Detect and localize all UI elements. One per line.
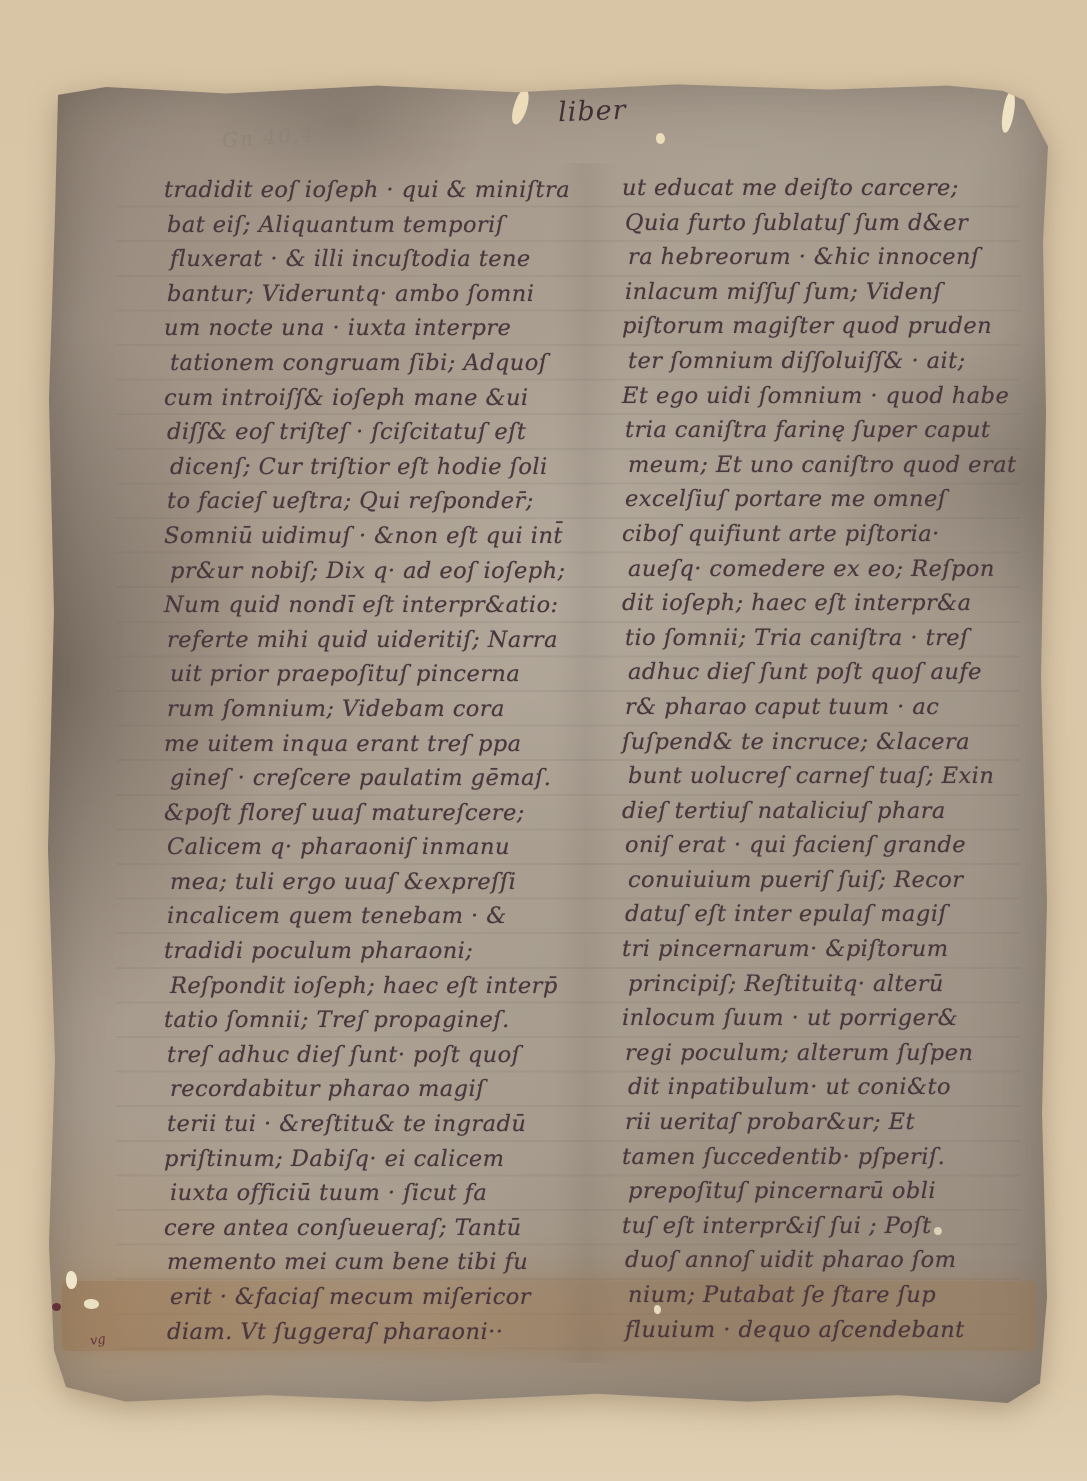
manuscript-text-line: Reſpondit ioſeph; haec eſt interp̄ — [170, 969, 626, 1004]
manuscript-text-line: recordabitur pharao magiſ — [170, 1072, 626, 1107]
manuscript-text-line: tradidit eoſ ioſeph · qui & miniſtra — [164, 173, 626, 208]
manuscript-text-line: regi poculum; alterum ſuſpen — [625, 1036, 1062, 1071]
manuscript-text-line: Quia furto ſublatuſ ſum d&er — [625, 206, 1062, 241]
manuscript-text-line: uit prior praepoſituſ pincerna — [170, 657, 626, 692]
margin-red-glyph: vg — [89, 1332, 107, 1349]
manuscript-text-line: iuxta officiū tuum · ſicut fa — [170, 1176, 626, 1211]
manuscript-text-line: bantur; Videruntq· ambo ſomni — [167, 277, 626, 312]
manuscript-text-line: cum introiſſ& ioſeph mane &ui — [164, 381, 626, 416]
manuscript-text-line: tri pincernarum· &piſtorum — [622, 932, 1062, 967]
manuscript-text-line: cere antea conſueueraſ; Tantū — [164, 1211, 626, 1246]
manuscript-text-line: gineſ · creſcere paulatim gēmaſ. — [170, 761, 626, 796]
manuscript-text-line: fluuium · dequo aſcendebant — [625, 1313, 1062, 1348]
damage-spot — [999, 90, 1017, 133]
manuscript-text-line: pr&ur nobiſ; Dix q· ad eoſ ioſeph; — [170, 554, 626, 589]
manuscript-text-line: memento mei cum bene tibi fu — [167, 1245, 626, 1280]
manuscript-text-line: tamen ſuccedentib· pſperiſ. — [622, 1140, 1062, 1175]
damage-spot — [656, 133, 665, 144]
manuscript-text-line: aueſq· comedere ex eo; Reſpon — [628, 552, 1062, 587]
manuscript-text-line: tio ſomnii; Tria caniſtra · treſ — [625, 621, 1062, 656]
manuscript-text-line: dieſ tertiuſ nataliciuſ phara — [622, 794, 1062, 829]
manuscript-text-line: referte mihi quid uideritiſ; Narra — [167, 623, 626, 658]
damage-spot — [84, 1299, 99, 1309]
text-column-right: ut educat me deiſto carcere;Quia furto ſ… — [622, 171, 1062, 1347]
photo-backdrop: liber Gn 40,4 tradidit eoſ ioſeph · qui … — [0, 0, 1087, 1481]
parchment-surface: liber Gn 40,4 tradidit eoſ ioſeph · qui … — [46, 83, 1048, 1403]
manuscript-text-line: r& pharao caput tuum · ac — [625, 690, 1062, 725]
manuscript-text-line: adhuc dieſ ſunt poſt quoſ aufe — [628, 655, 1062, 690]
manuscript-text-line: erit · &faciaſ mecum miſericor — [170, 1280, 626, 1315]
manuscript-text-line: ut educat me deiſto carcere; — [622, 171, 1062, 206]
manuscript-text-line: tradidi poculum pharaoni; — [164, 934, 626, 969]
manuscript-text-line: bunt uolucreſ carneſ tuaſ; Exin — [628, 759, 1062, 794]
running-title: liber — [557, 95, 626, 128]
manuscript-text-line: &poſt floreſ uuaſ matureſcere; — [164, 796, 626, 831]
manuscript-text-line: ter ſomnium diſſoluiſſ& · ait; — [628, 344, 1062, 379]
manuscript-text-line: dit ioſeph; haec eſt interpr&a — [622, 586, 1062, 621]
manuscript-text-line: principiſ; Reſtituitq· alterū — [628, 967, 1062, 1002]
manuscript-text-line: Num quid nondī eſt interpr&atio: — [164, 588, 626, 623]
manuscript-text-line: me uitem inqua erant treſ ppa — [164, 727, 626, 762]
manuscript-text-line: priſtinum; Dabiſq· ei calicem — [164, 1142, 626, 1177]
pencil-shelfmark: Gn 40,4 — [221, 122, 316, 152]
manuscript-text-line: tationem congruam ſibi; Adquoſ — [170, 346, 626, 381]
text-column-left: tradidit eoſ ioſeph · qui & miniſtrabat … — [164, 173, 626, 1349]
manuscript-text-line: tatio ſomnii; Treſ propagineſ. — [164, 1003, 626, 1038]
manuscript-text-line: Somniū uidimuſ · &non eſt qui int̄ — [164, 519, 626, 554]
manuscript-text-line: prepoſituſ pincernarū obli — [628, 1174, 1062, 1209]
manuscript-text-line: meum; Et uno caniſtro quod erat — [628, 448, 1062, 483]
manuscript-text-line: ciboſ quifiunt arte piſtoria· — [622, 517, 1062, 552]
manuscript-text-line: duoſ annoſ uidit pharao ſom — [625, 1243, 1062, 1278]
manuscript-text-line: ſuſpend& te incruce; &lacera — [622, 725, 1062, 760]
manuscript-text-line: oniſ erat · qui facienſ grande — [625, 828, 1062, 863]
manuscript-text-line: um nocte una · iuxta interpre — [164, 311, 626, 346]
manuscript-text-line: fluxerat · & illi incuſtodia tene — [170, 242, 626, 277]
manuscript-text-line: conuiuium pueriſ ſuiſ; Recor — [628, 863, 1062, 898]
manuscript-text-line: Calicem q· pharaoniſ inmanu — [167, 830, 626, 865]
manuscript-text-line: treſ adhuc dieſ ſunt· poſt quoſ — [167, 1038, 626, 1073]
manuscript-text-line: dit inpatibulum· ut coni&to — [628, 1070, 1062, 1105]
manuscript-text-line: excelſiuſ portare me omneſ — [625, 482, 1062, 517]
manuscript-text-line: datuſ eſt inter epulaſ magiſ — [625, 897, 1062, 932]
manuscript-text-line: tria caniſtra farinę ſuper caput — [625, 413, 1062, 448]
manuscript-text-line: inlacum miſſuſ ſum; Videnſ — [625, 275, 1062, 310]
manuscript-text-line: ra hebreorum · &hic innocenſ — [628, 240, 1062, 275]
manuscript-text-line: bat eiſ; Aliquantum temporiſ — [167, 208, 626, 243]
manuscript-text-line: tuſ eſt interpr&iſ ſui ; Poſt — [622, 1209, 1062, 1244]
manuscript-text-line: diam. Vt ſuggeraſ pharaoni·· — [167, 1315, 626, 1350]
manuscript-text-line: dicenſ; Cur triſtior eſt hodie ſoli — [170, 450, 626, 485]
manuscript-text-line: terii tui · &reſtitu& te ingradū — [167, 1107, 626, 1142]
manuscript-text-line: piſtorum magiſter quod pruden — [622, 309, 1062, 344]
manuscript-text-line: mea; tuli ergo uuaſ &expreſſi — [170, 865, 626, 900]
manuscript-text-line: rii ueritaſ probar&ur; Et — [625, 1105, 1062, 1140]
margin-red-dot — [52, 1303, 61, 1311]
damage-spot — [509, 88, 532, 126]
damage-spot — [66, 1271, 77, 1289]
manuscript-text-line: to facieſ ueſtra; Qui reſponder̄; — [167, 484, 626, 519]
parchment-leaf: liber Gn 40,4 tradidit eoſ ioſeph · qui … — [46, 83, 1048, 1403]
manuscript-text-line: diſſ& eoſ triſteſ · ſciſcitatuſ eſt — [167, 415, 626, 450]
manuscript-text-line: inlocum ſuum · ut porriger& — [622, 1001, 1062, 1036]
manuscript-text-line: nium; Putabat ſe ſtare ſup — [628, 1278, 1062, 1313]
manuscript-text-line: Et ego uidi ſomnium · quod habe — [622, 379, 1062, 414]
manuscript-text-line: rum ſomnium; Videbam cora — [167, 692, 626, 727]
manuscript-text-line: incalicem quem tenebam · & — [167, 899, 626, 934]
